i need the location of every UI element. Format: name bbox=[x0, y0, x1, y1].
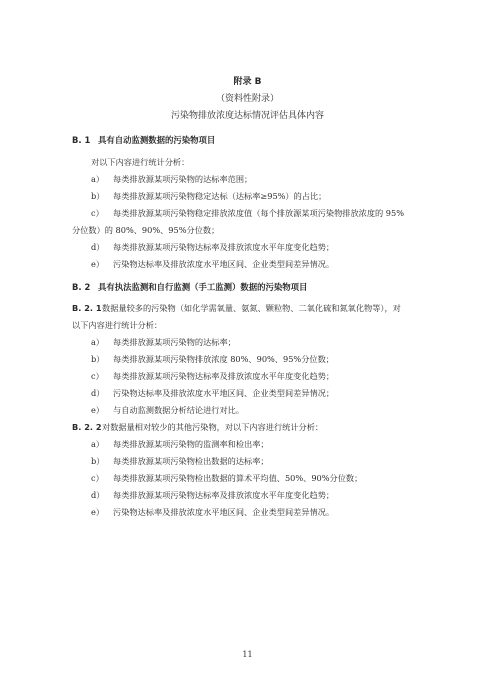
list-item: a）每类排放源某项污染物的达标率； bbox=[91, 336, 236, 348]
document-page: 附录 B （资料性附录） 污染物排放浓度达标情况评估具体内容 B. 1具有自动监… bbox=[0, 0, 495, 699]
list-item: a）每类排放源某项污染物的监测率和检出率； bbox=[91, 438, 269, 450]
list-item: a）每类排放源某项污染物的达标率范围； bbox=[91, 173, 252, 185]
list-item: c）每类排放源某项污染物达标率及排放浓度水平年度变化趋势； bbox=[91, 370, 334, 382]
list-item: d）每类排放源某项污染物达标率及排放浓度水平年度变化趋势； bbox=[91, 241, 334, 253]
list-item: b）每类排放源某项污染物检出数据的达标率； bbox=[91, 455, 269, 467]
list-item: b）每类排放源某项污染物稳定达标（达标率≥95%）的占比； bbox=[91, 190, 326, 202]
appendix-title: 污染物排放浓度达标情况评估具体内容 bbox=[0, 108, 495, 121]
list-item: c）每类排放源某项污染物检出数据的算术平均值、50%、90%分位数； bbox=[91, 472, 362, 484]
page-number: 11 bbox=[0, 650, 495, 659]
subsection-b2-1: B. 2. 1数据量较多的污染物（如化学需氧量、氨氮、颗粒物、二氧化硫和氮氧化物… bbox=[72, 302, 401, 314]
list-item: c）每类排放源某项污染物稳定排放浓度值（每个排放源某项污染物排放浓度的 95% bbox=[91, 207, 404, 219]
section-number: B. 1 bbox=[72, 134, 98, 146]
list-item: e）污染物达标率及排放浓度水平地区间、企业类型间差异情况。 bbox=[91, 258, 334, 270]
section-title: 具有执法监测和自行监测（手工监测）数据的污染物项目 bbox=[98, 282, 307, 292]
list-item: e）与自动监测数据分析结论进行对比。 bbox=[91, 404, 244, 416]
section-title: 具有自动监测数据的污染物项目 bbox=[98, 135, 215, 145]
section-heading-b2: B. 2具有执法监测和自行监测（手工监测）数据的污染物项目 bbox=[72, 281, 307, 293]
appendix-label: 附录 B bbox=[0, 74, 495, 87]
list-item: d）每类排放源某项污染物达标率及排放浓度水平年度变化趋势； bbox=[91, 489, 334, 501]
section-number: B. 2 bbox=[72, 281, 98, 293]
list-item-continuation: 分位数）的 80%、90%、95%分位数； bbox=[72, 224, 219, 236]
list-item: e）污染物达标率及排放浓度水平地区间、企业类型间差异情况。 bbox=[91, 506, 334, 518]
appendix-nature: （资料性附录） bbox=[0, 91, 495, 104]
section-heading-b1: B. 1具有自动监测数据的污染物项目 bbox=[72, 134, 215, 146]
intro-text: 对以下内容进行统计分析： bbox=[91, 156, 189, 168]
list-item: b）每类排放源某项污染物排放浓度 80%、90%、95%分位数； bbox=[91, 353, 334, 365]
list-item: d）污染物达标率及排放浓度水平地区间、企业类型间差异情况； bbox=[91, 387, 334, 399]
subsection-b2-2: B. 2. 2对数据量相对较少的其他污染物，对以下内容进行统计分析： bbox=[72, 421, 323, 433]
subsection-continuation: 以下内容进行统计分析： bbox=[72, 319, 162, 331]
